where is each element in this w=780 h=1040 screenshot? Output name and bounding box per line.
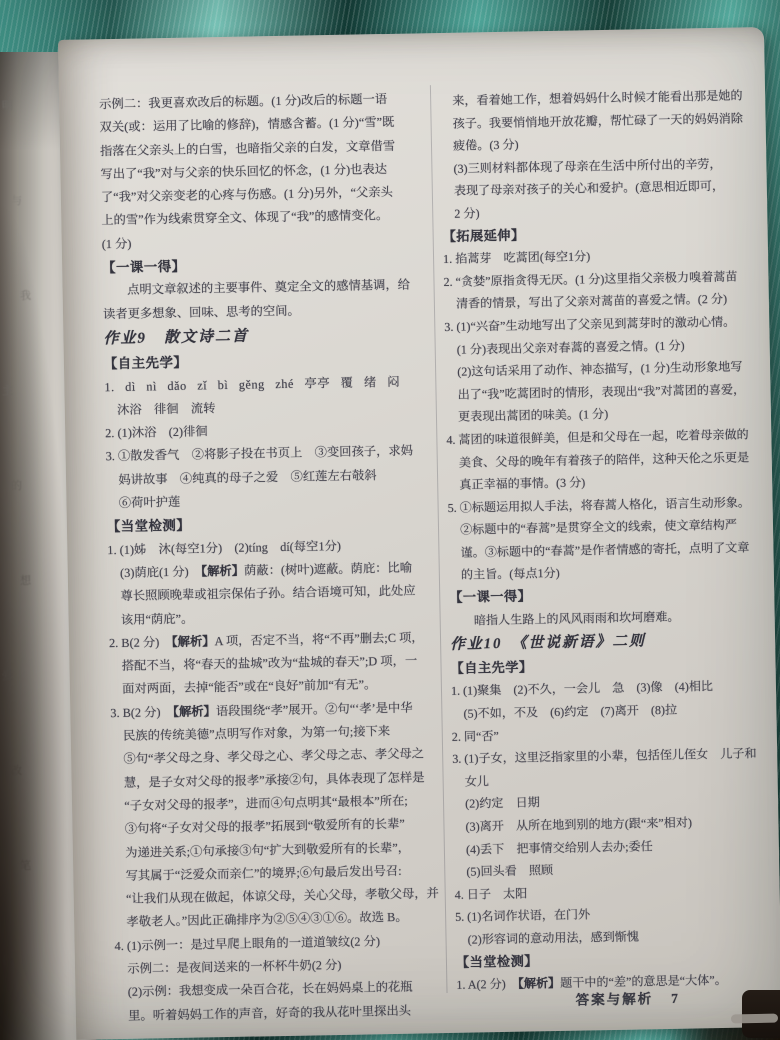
answer-page: 示例二：我更喜欢改后的标题。(1 分)改后的标题一语双关(或：运用了比喻的修辞)… (58, 27, 780, 1040)
left-column: 示例二：我更喜欢改后的标题。(1 分)改后的标题一语双关(或：运用了比喻的修辞)… (99, 87, 448, 1028)
edge-fragment-char: 想 (20, 572, 32, 588)
page-edge-highlight (731, 1014, 778, 1024)
right-column: 来，看着她工作，想着妈妈什么时候才能看出那是她的孩子。我要悄悄地开放花瓣，帮忙碌… (440, 84, 771, 996)
edge-fragment-char: 爱 (2, 667, 14, 683)
page-number: 7 (671, 991, 678, 1006)
edge-fragment-char: 改 (11, 762, 23, 778)
edge-fragment-char: 与 (11, 192, 23, 208)
edge-fragment-char: 我 (20, 287, 32, 303)
text-line: 1. A(2 分) 【解析】题干中的“差”的意思是“大体”。 (456, 968, 770, 996)
edge-fragment-char: 明 (2, 97, 14, 113)
edge-fragment-char: 的 (11, 477, 23, 493)
edge-fragment-char: 笔 (20, 857, 32, 873)
photo-of-workbook-page: { "colors": { "fabric_teal_light": "#5fb… (0, 0, 780, 1040)
edge-fragment-char: 主 (2, 382, 14, 398)
edge-fragment-char: 份 (2, 952, 14, 968)
